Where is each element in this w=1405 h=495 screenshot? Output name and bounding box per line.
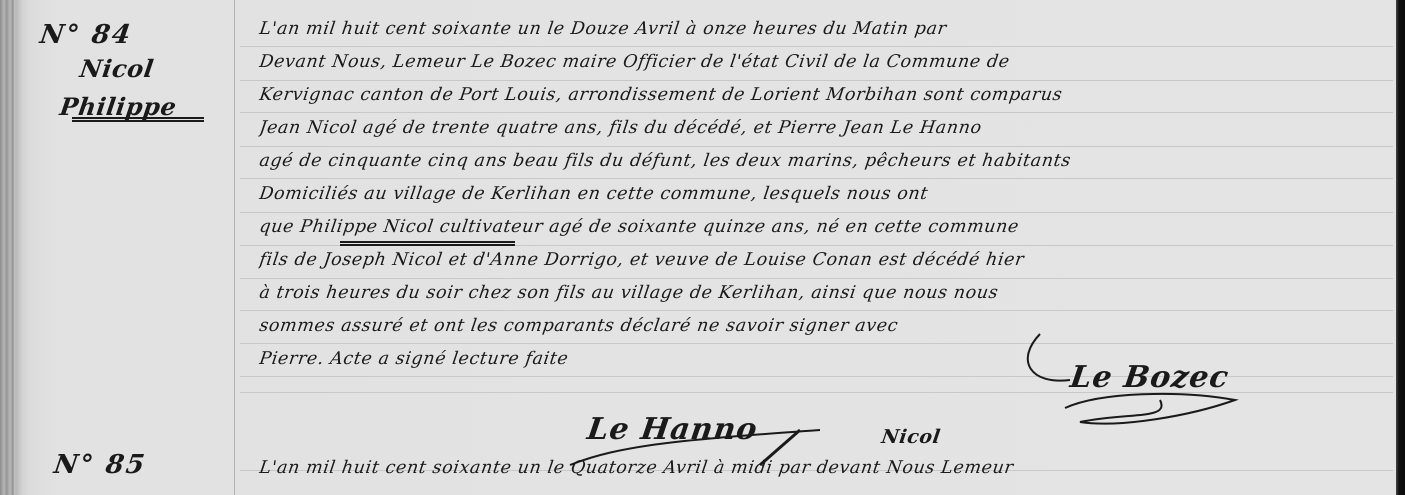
act-line-8: fils de Joseph Nicol et d'Anne Dorrigo, … [258, 250, 1391, 270]
entry-number: N° 84 [38, 20, 134, 50]
act-line-2: Devant Nous, Lemeur Le Bozec maire Offic… [258, 52, 1391, 72]
margin-rule [234, 0, 235, 495]
ruled-line [240, 46, 1393, 47]
act-line-6: Domiciliés au village de Kerlihan en cet… [258, 184, 1391, 204]
ruled-line [240, 80, 1393, 81]
ruled-line [240, 310, 1393, 311]
margin-surname: Nicol [78, 54, 156, 83]
marginal-note: Nicol [880, 426, 942, 448]
act-85-line-1: L'an mil huit cent soixante un le Quator… [258, 458, 1391, 478]
page-edge [1396, 0, 1405, 495]
ruled-line [240, 146, 1393, 147]
act-line-3: Kervignac canton de Port Louis, arrondis… [258, 85, 1391, 105]
act-line-1: L'an mil huit cent soixante un le Douze … [258, 19, 1391, 39]
deceased-name-underline [340, 241, 515, 246]
ruled-line [240, 112, 1393, 113]
act-line-4: Jean Nicol agé de trente quatre ans, fil… [258, 118, 1391, 138]
ruled-line [240, 178, 1393, 179]
act-line-9: à trois heures du soir chez son fils au … [258, 283, 1391, 303]
register-page: N° 84 Nicol Philippe L'an mil huit cent … [0, 0, 1405, 495]
signature-le-bozec: Le Bozec [1068, 360, 1231, 395]
ruled-line [240, 278, 1393, 279]
act-line-7: que Philippe Nicol cultivateur agé de so… [258, 217, 1391, 237]
signature-le-hanno: Le Hanno [585, 412, 760, 447]
ruled-line [240, 212, 1393, 213]
name-underline [72, 117, 204, 122]
act-line-5: agé de cinquante cinq ans beau fils du d… [258, 151, 1391, 171]
entry-number-85: N° 85 [52, 450, 148, 480]
binding-shadow [0, 0, 14, 495]
